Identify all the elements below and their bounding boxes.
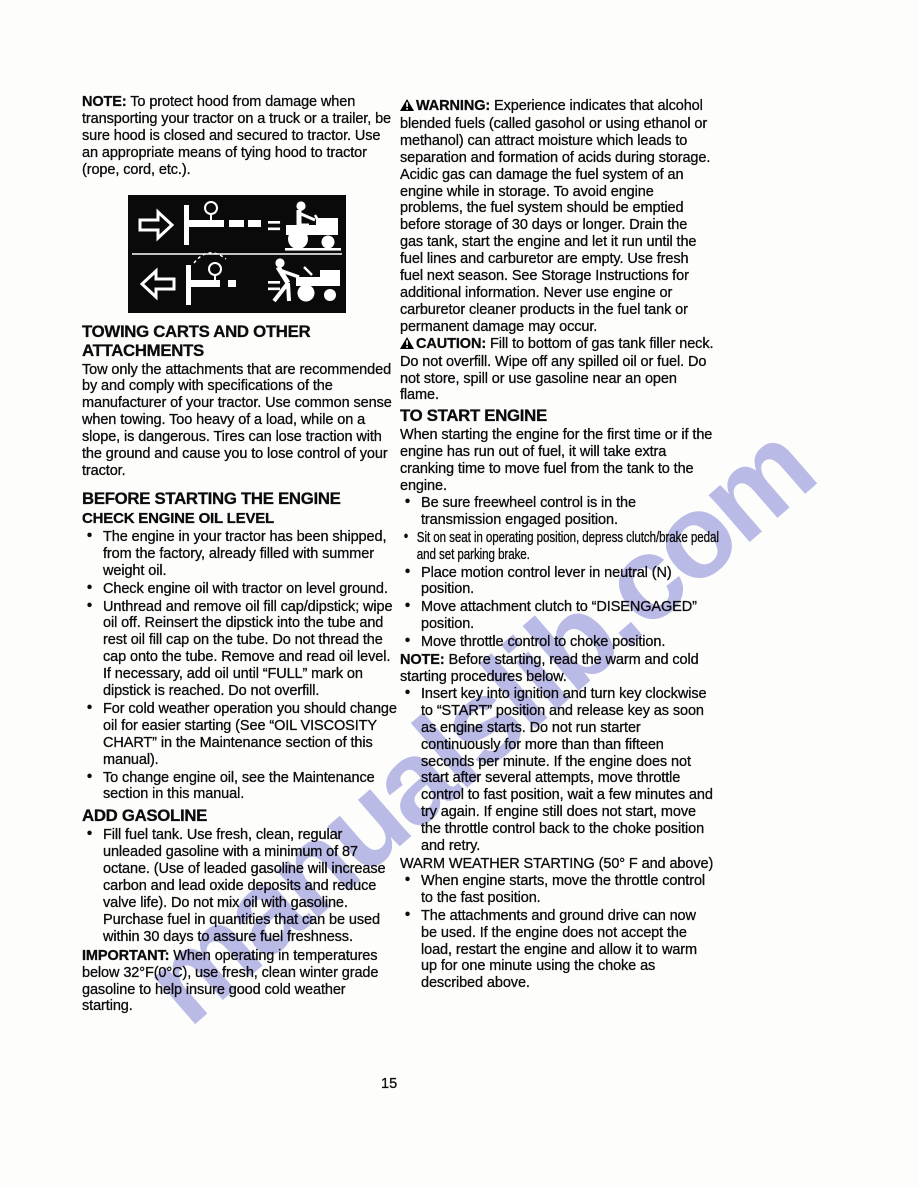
manual-page: NOTE: To protect hood from damage when t… bbox=[0, 0, 918, 1188]
page-number: 15 bbox=[381, 1076, 397, 1092]
list-item: Move attachment clutch to “DISENGAGED” p… bbox=[400, 599, 714, 633]
caution-paragraph: CAUTION: Fill to bottom of gas tank fill… bbox=[400, 336, 714, 405]
warning-label: WARNING: bbox=[416, 98, 490, 114]
list-item: To change engine oil, see the Maintenanc… bbox=[82, 770, 400, 804]
important-label: IMPORTANT: bbox=[82, 948, 169, 964]
list-item: The attachments and ground drive can now… bbox=[400, 908, 714, 993]
note-label: NOTE: bbox=[82, 94, 127, 110]
towing-heading: TOWING CARTS AND OTHER ATTACHMENTS bbox=[82, 322, 400, 360]
start-note-paragraph: NOTE: Before starting, read the warm and… bbox=[400, 652, 714, 686]
check-oil-subheading: CHECK ENGINE OIL LEVEL bbox=[82, 510, 400, 527]
add-gasoline-bullet-list: Fill fuel tank. Use fresh, clean, regula… bbox=[82, 827, 400, 945]
list-item: Check engine oil with tractor on level g… bbox=[82, 581, 400, 598]
equals-sign: = bbox=[267, 213, 281, 240]
towing-body: Tow only the attachments that are recomm… bbox=[82, 362, 400, 480]
list-item: The engine in your tractor has been ship… bbox=[82, 529, 400, 580]
list-item: Sit on seat in operating position, depre… bbox=[400, 530, 731, 564]
note-label: NOTE: bbox=[400, 652, 445, 668]
warning-paragraph: WARNING: Experience indicates that alcoh… bbox=[400, 98, 714, 336]
note-paragraph: NOTE: To protect hood from damage when t… bbox=[82, 94, 400, 179]
freewheel-pictogram-figure: = bbox=[128, 195, 346, 313]
left-column: NOTE: To protect hood from damage when t… bbox=[82, 94, 400, 1015]
caution-label: CAUTION: bbox=[416, 336, 486, 352]
ignition-bullet-list: Insert key into ignition and turn key cl… bbox=[400, 686, 714, 855]
list-item: Move throttle control to choke position. bbox=[400, 634, 714, 651]
warm-weather-heading: WARM WEATHER STARTING (50° F and above) bbox=[400, 856, 714, 873]
list-item: Unthread and remove oil fill cap/dipstic… bbox=[82, 599, 400, 700]
warning-text: Experience indicates that alcohol blende… bbox=[400, 98, 710, 335]
list-item: Insert key into ignition and turn key cl… bbox=[400, 686, 714, 855]
note-text: Before starting, read the warm and cold … bbox=[400, 652, 699, 685]
caution-triangle-icon bbox=[400, 337, 414, 354]
to-start-engine-heading: TO START ENGINE bbox=[400, 406, 714, 425]
check-oil-bullet-list: The engine in your tractor has been ship… bbox=[82, 529, 400, 804]
note-text: To protect hood from damage when transpo… bbox=[82, 94, 391, 178]
to-start-bullet-list: Be sure freewheel control is in the tran… bbox=[400, 495, 714, 651]
list-item: Fill fuel tank. Use fresh, clean, regula… bbox=[82, 827, 400, 945]
list-item: Be sure freewheel control is in the tran… bbox=[400, 495, 714, 529]
warning-triangle-icon bbox=[400, 99, 414, 116]
right-column: WARNING: Experience indicates that alcoh… bbox=[400, 98, 714, 993]
list-item: For cold weather operation you should ch… bbox=[82, 701, 400, 769]
list-item: Place motion control lever in neutral (N… bbox=[400, 565, 714, 599]
important-paragraph: IMPORTANT: When operating in temperature… bbox=[82, 948, 400, 1016]
add-gasoline-heading: ADD GASOLINE bbox=[82, 806, 400, 825]
warm-weather-bullet-list: When engine starts, move the throttle co… bbox=[400, 873, 714, 992]
list-item: When engine starts, move the throttle co… bbox=[400, 873, 714, 907]
to-start-intro: When starting the engine for the first t… bbox=[400, 427, 714, 495]
before-starting-heading: BEFORE STARTING THE ENGINE bbox=[82, 489, 400, 508]
